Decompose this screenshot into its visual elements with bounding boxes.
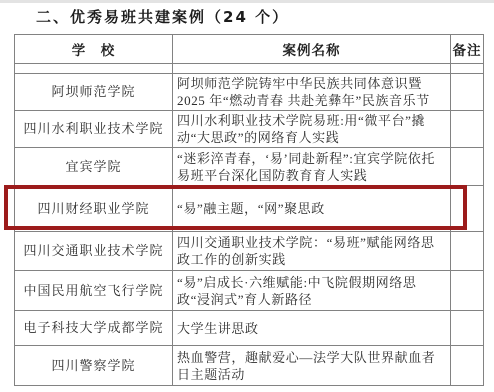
school-cell: 四川交通职业技术学院 — [15, 232, 173, 271]
remark-cell — [451, 271, 484, 311]
table-row: 中国民用航空飞行学院 “易”启成长·六维赋能:中飞院假期网络思政“浸润式”育人新… — [15, 271, 484, 311]
table-spacer-row — [15, 64, 484, 74]
case-cell: “易”启成长·六维赋能:中飞院假期网络思政“浸润式”育人新路径 — [173, 271, 451, 311]
remark-cell — [451, 111, 484, 148]
case-cell: “迷彩淬青春，‘易’同赴新程”:宜宾学院依托易班平台深化国防教育育人实践 — [173, 148, 451, 186]
table-row: 四川交通职业技术学院 四川交通职业技术学院：“易班”赋能网络思政工作的创新实践 — [15, 232, 484, 271]
table-row: 电子科技大学成都学院 大学生讲思政 — [15, 311, 484, 346]
remark-cell — [451, 148, 484, 186]
school-cell: 阿坝师范学院 — [15, 74, 173, 111]
case-cell: “易”融主题，“网”聚思政 — [173, 186, 451, 232]
remark-cell — [451, 311, 484, 346]
remark-cell — [451, 74, 484, 111]
table-row: 阿坝师范学院 阿坝师范学院铸牢中华民族共同体意识暨 2025 年“燃动青春 共赴… — [15, 74, 484, 111]
page-top-edge — [0, 0, 494, 3]
table-row: 四川水利职业技术学院 四川水利职业技术学院易班:用“微平台”撬动“大思政”的网络… — [15, 111, 484, 148]
case-cell: 阿坝师范学院铸牢中华民族共同体意识暨 2025 年“燃动青春 共赴羌彝年”民族音… — [173, 74, 451, 111]
school-cell: 四川水利职业技术学院 — [15, 111, 173, 148]
remark-cell — [451, 186, 484, 232]
school-cell: 电子科技大学成都学院 — [15, 311, 173, 346]
table-header-row: 学 校 案例名称 备注 — [15, 35, 484, 64]
school-cell: 四川警察学院 — [15, 346, 173, 386]
document-page: 二、优秀易班共建案例（24 个） 学 校 案例名称 备注 阿坝师范学院 阿坝师范… — [0, 0, 494, 392]
case-cell: 四川交通职业技术学院：“易班”赋能网络思政工作的创新实践 — [173, 232, 451, 271]
case-cell: 大学生讲思政 — [173, 311, 451, 346]
remark-cell — [451, 232, 484, 271]
school-cell: 四川财经职业学院 — [15, 186, 173, 232]
section-title: 二、优秀易班共建案例（24 个） — [36, 6, 289, 27]
school-cell: 宜宾学院 — [15, 148, 173, 186]
table-row: 宜宾学院 “迷彩淬青春，‘易’同赴新程”:宜宾学院依托易班平台深化国防教育育人实… — [15, 148, 484, 186]
case-cell: 四川水利职业技术学院易班:用“微平台”撬动“大思政”的网络育人实践 — [173, 111, 451, 148]
header-remark: 备注 — [451, 35, 484, 64]
case-cell: 热血警营，趣献爱心—法学大队世界献血者日主题活动 — [173, 346, 451, 386]
table-row-highlighted: 四川财经职业学院 “易”融主题，“网”聚思政 — [15, 186, 484, 232]
remark-cell — [451, 346, 484, 386]
header-case-name: 案例名称 — [173, 35, 451, 64]
header-school: 学 校 — [15, 35, 173, 64]
cases-table: 学 校 案例名称 备注 阿坝师范学院 阿坝师范学院铸牢中华民族共同体意识暨 20… — [14, 34, 484, 386]
table-row: 四川警察学院 热血警营，趣献爱心—法学大队世界献血者日主题活动 — [15, 346, 484, 386]
school-cell: 中国民用航空飞行学院 — [15, 271, 173, 311]
